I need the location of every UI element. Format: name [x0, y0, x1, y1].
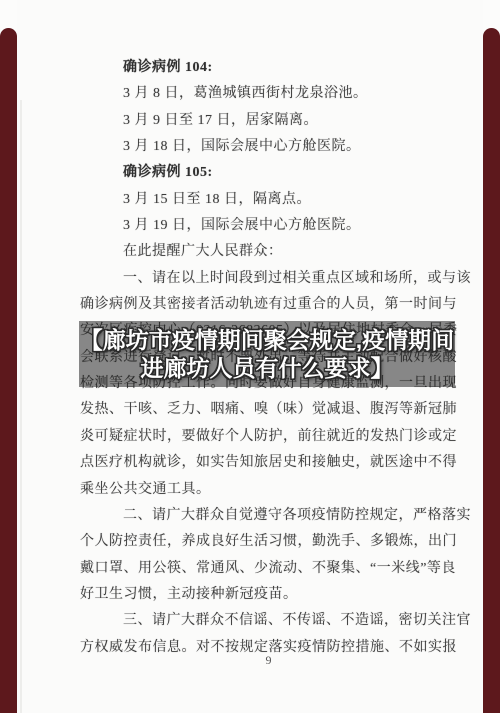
document-line: 发热、干咳、乏力、咽痛、嗅（味）觉减退、腹泻等新冠肺: [80, 397, 458, 423]
page-number: 9: [80, 653, 458, 668]
document-line: 确诊病例 105:: [80, 160, 458, 186]
document-line: 二、请广大群众自觉遵守各项疫情防控规定，严格落实: [80, 503, 458, 529]
document-line: 3 月 8 日，葛渔城镇西街村龙泉浴池。: [80, 81, 458, 107]
document-line: 确诊病例 104:: [80, 55, 458, 81]
document-line: 三、请广大群众不信谣、不传谣、不造谣，密切关注官: [80, 608, 458, 634]
document-line: 乘坐公共交通工具。: [80, 477, 458, 503]
document-line: 3 月 9 日至 17 日，居家隔离。: [80, 108, 458, 134]
right-red-bar: [483, 28, 500, 713]
document-line: 一、请在以上时间段到过相关重点区域和场所，或与该: [80, 266, 458, 292]
document-line: 3 月 18 日，国际会展中心方舱医院。: [80, 134, 458, 160]
document-line: 个人防控责任，养成良好生活习惯，勤洗手、多锻炼，出门: [80, 529, 458, 555]
document-line: 3 月 19 日，国际会展中心方舱医院。: [80, 213, 458, 239]
document-line: 确诊病例及其密接者活动轨迹有过重合的人员，第一时间与: [80, 292, 458, 318]
scan-fold-line: [20, 100, 22, 713]
document-line: 炎可疑症状时，要做好个人防护，前往就近的发热门诊或定: [80, 424, 458, 450]
screenshot-canvas: 确诊病例 104:3 月 8 日，葛渔城镇西街村龙泉浴池。3 月 9 日至 17…: [0, 0, 500, 713]
watermark-title-line1: 【廊坊市疫情期间聚会规定,疫情期间: [80, 326, 454, 354]
document-line: 戴口罩、用公筷、常通风、少流动、不聚集、“一米线”等良: [80, 556, 458, 582]
document-line: 在此提醒广大人民群众：: [80, 239, 458, 265]
watermark-band: 【廊坊市疫情期间聚会规定,疫情期间 进廊坊人员有什么要求】: [79, 321, 455, 387]
document-page: 确诊病例 104:3 月 8 日，葛渔城镇西街村龙泉浴池。3 月 9 日至 17…: [17, 0, 483, 713]
left-red-bar: [0, 28, 17, 713]
watermark-title-line2: 进廊坊人员有什么要求】: [141, 354, 394, 382]
document-line: 好卫生习惯，主动接种新冠疫苗。: [80, 582, 458, 608]
document-line: 点医疗机构就诊，如实告知旅居史和接触史，就医途中不得: [80, 450, 458, 476]
document-line: 3 月 15 日至 18 日，隔离点。: [80, 187, 458, 213]
